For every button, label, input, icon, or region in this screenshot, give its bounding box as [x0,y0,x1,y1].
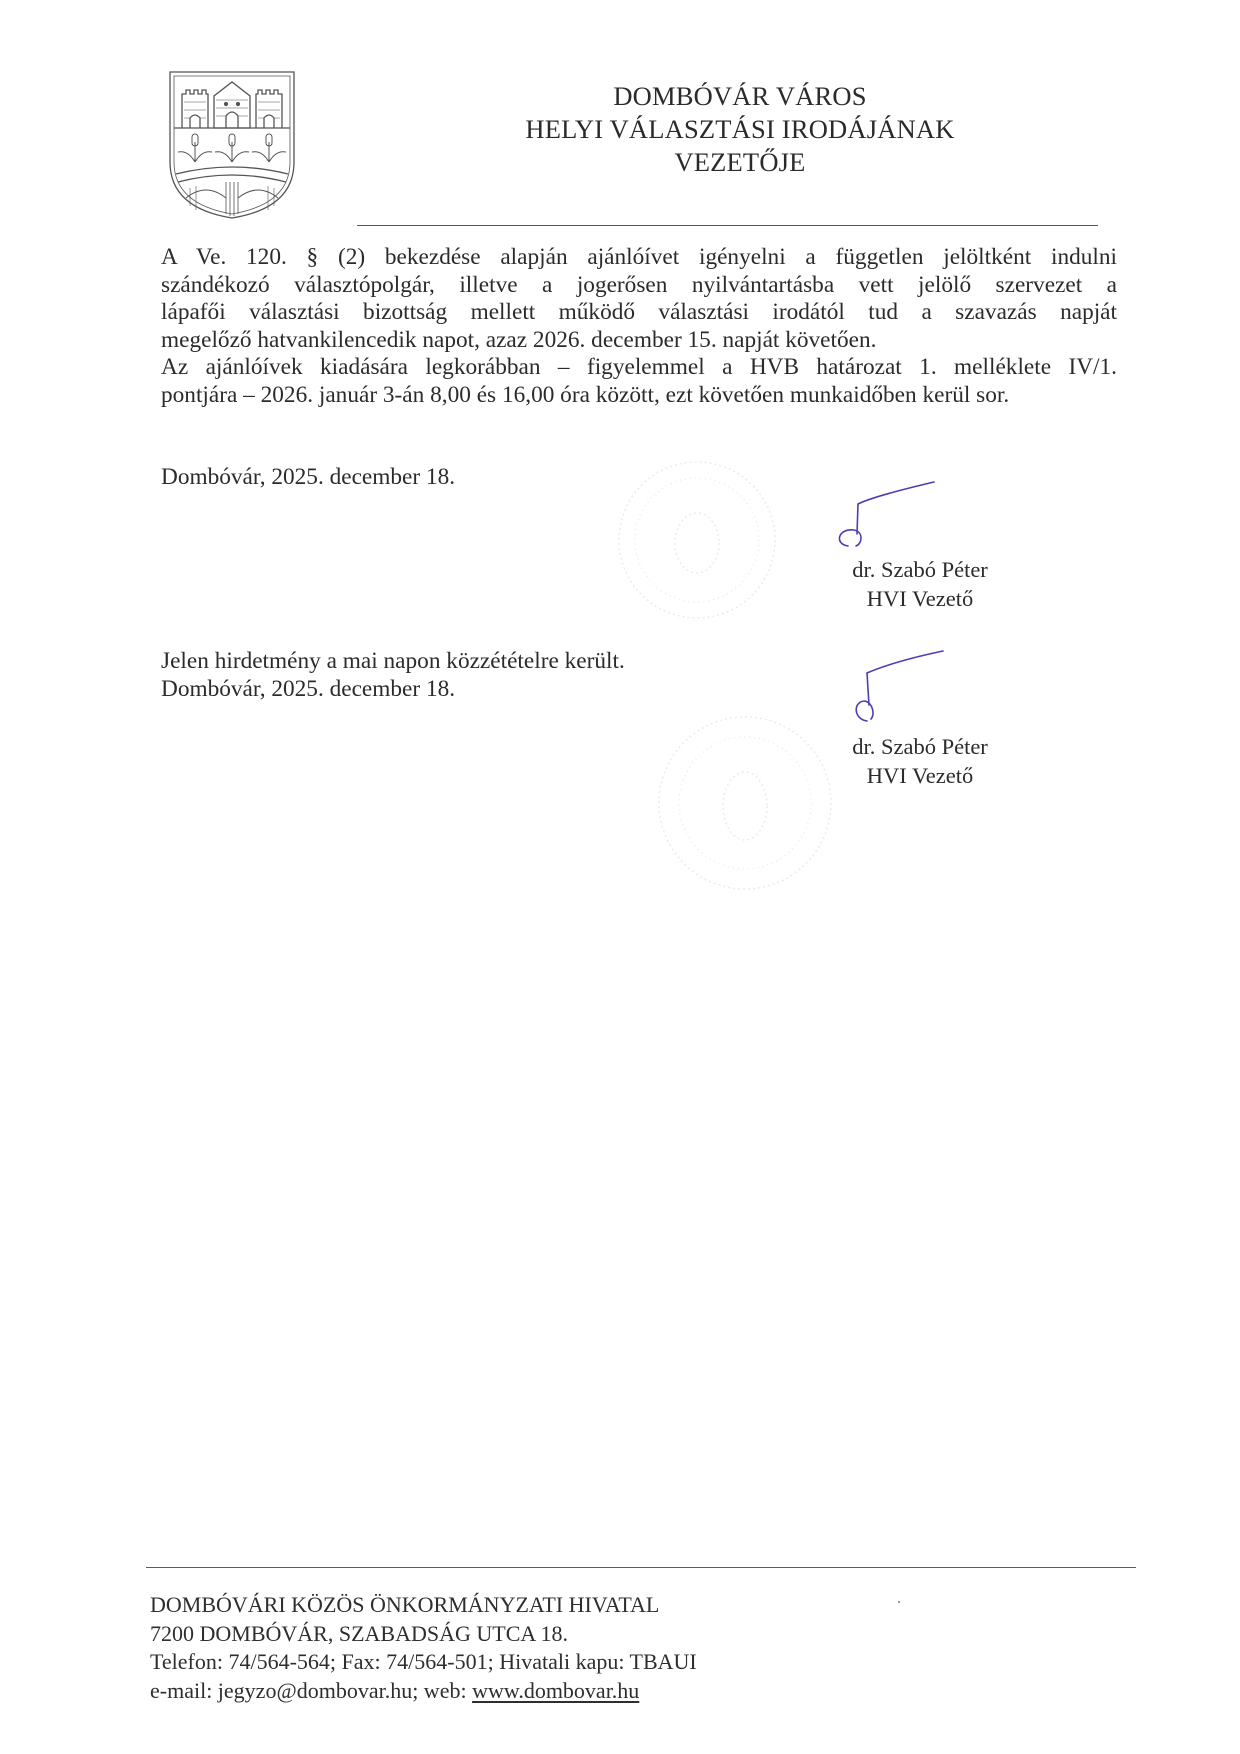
footer-divider [146,1567,1136,1568]
heading-line: DOMBÓVÁR VÁROS [440,80,1040,113]
official-stamp-icon [612,455,782,630]
notice-body: A Ve. 120. § (2) bekezdése alapján ajánl… [161,244,1117,410]
text-line: lápafői választási bizottság mellett műk… [161,299,1117,327]
footer-organization: DOMBÓVÁRI KÖZÖS ÖNKORMÁNYZATI HIVATAL [150,1591,697,1620]
website-link[interactable]: www.dombovar.hu [472,1678,639,1703]
scan-speck [898,1601,900,1603]
issue-date: Dombóvár, 2025. december 18. [161,464,455,491]
paragraph-issuance: Az ajánlóívek kiadására legkorábban – fi… [161,354,1117,409]
signatory-name: dr. Szabó Péter [810,732,1030,761]
handwritten-signature-icon [830,478,940,563]
heading-line: HELYI VÁLASZTÁSI IRODÁJÁNAK [440,113,1040,146]
publication-date: Dombóvár, 2025. december 18. [161,676,625,704]
signatory-title: HVI Vezető [810,761,1030,790]
publication-statement: Jelen hirdetmény a mai napon közzétételr… [161,648,625,676]
text-line: szándékozó választópolgár, illetve a jog… [161,272,1117,300]
text-line: pontjára – 2026. január 3-án 8,00 és 16,… [161,382,1117,410]
text-line: megelőző hatvankilencedik napot, azaz 20… [161,327,1117,355]
publication-note: Jelen hirdetmény a mai napon közzétételr… [161,648,625,703]
paragraph-legal-basis: A Ve. 120. § (2) bekezdése alapján ajánl… [161,244,1117,354]
footer-contact: DOMBÓVÁRI KÖZÖS ÖNKORMÁNYZATI HIVATAL 72… [150,1591,697,1705]
signatory-block: dr. Szabó Péter HVI Vezető [810,555,1030,613]
handwritten-signature-icon [845,645,955,730]
footer-email: e-mail: jegyzo@dombovar.hu; web: [150,1678,472,1703]
issuer-heading: DOMBÓVÁR VÁROS HELYI VÁLASZTÁSI IRODÁJÁN… [440,80,1040,179]
signatory-block: dr. Szabó Péter HVI Vezető [810,732,1030,790]
footer-address: 7200 DOMBÓVÁR, SZABADSÁG UTCA 18. [150,1620,697,1649]
footer-email-web: e-mail: jegyzo@dombovar.hu; web: www.dom… [150,1677,697,1706]
header-divider [357,225,1098,226]
heading-line: VEZETŐJE [440,146,1040,179]
footer-phone-fax: Telefon: 74/564-564; Fax: 74/564-501; Hi… [150,1648,697,1677]
text-line: A Ve. 120. § (2) bekezdése alapján ajánl… [161,244,1117,272]
signatory-name: dr. Szabó Péter [810,555,1030,584]
coat-of-arms-icon [166,70,298,220]
document-page: DOMBÓVÁR VÁROS HELYI VÁLASZTÁSI IRODÁJÁN… [0,0,1240,1754]
text-line: Az ajánlóívek kiadására legkorábban – fi… [161,354,1117,382]
signatory-title: HVI Vezető [810,584,1030,613]
